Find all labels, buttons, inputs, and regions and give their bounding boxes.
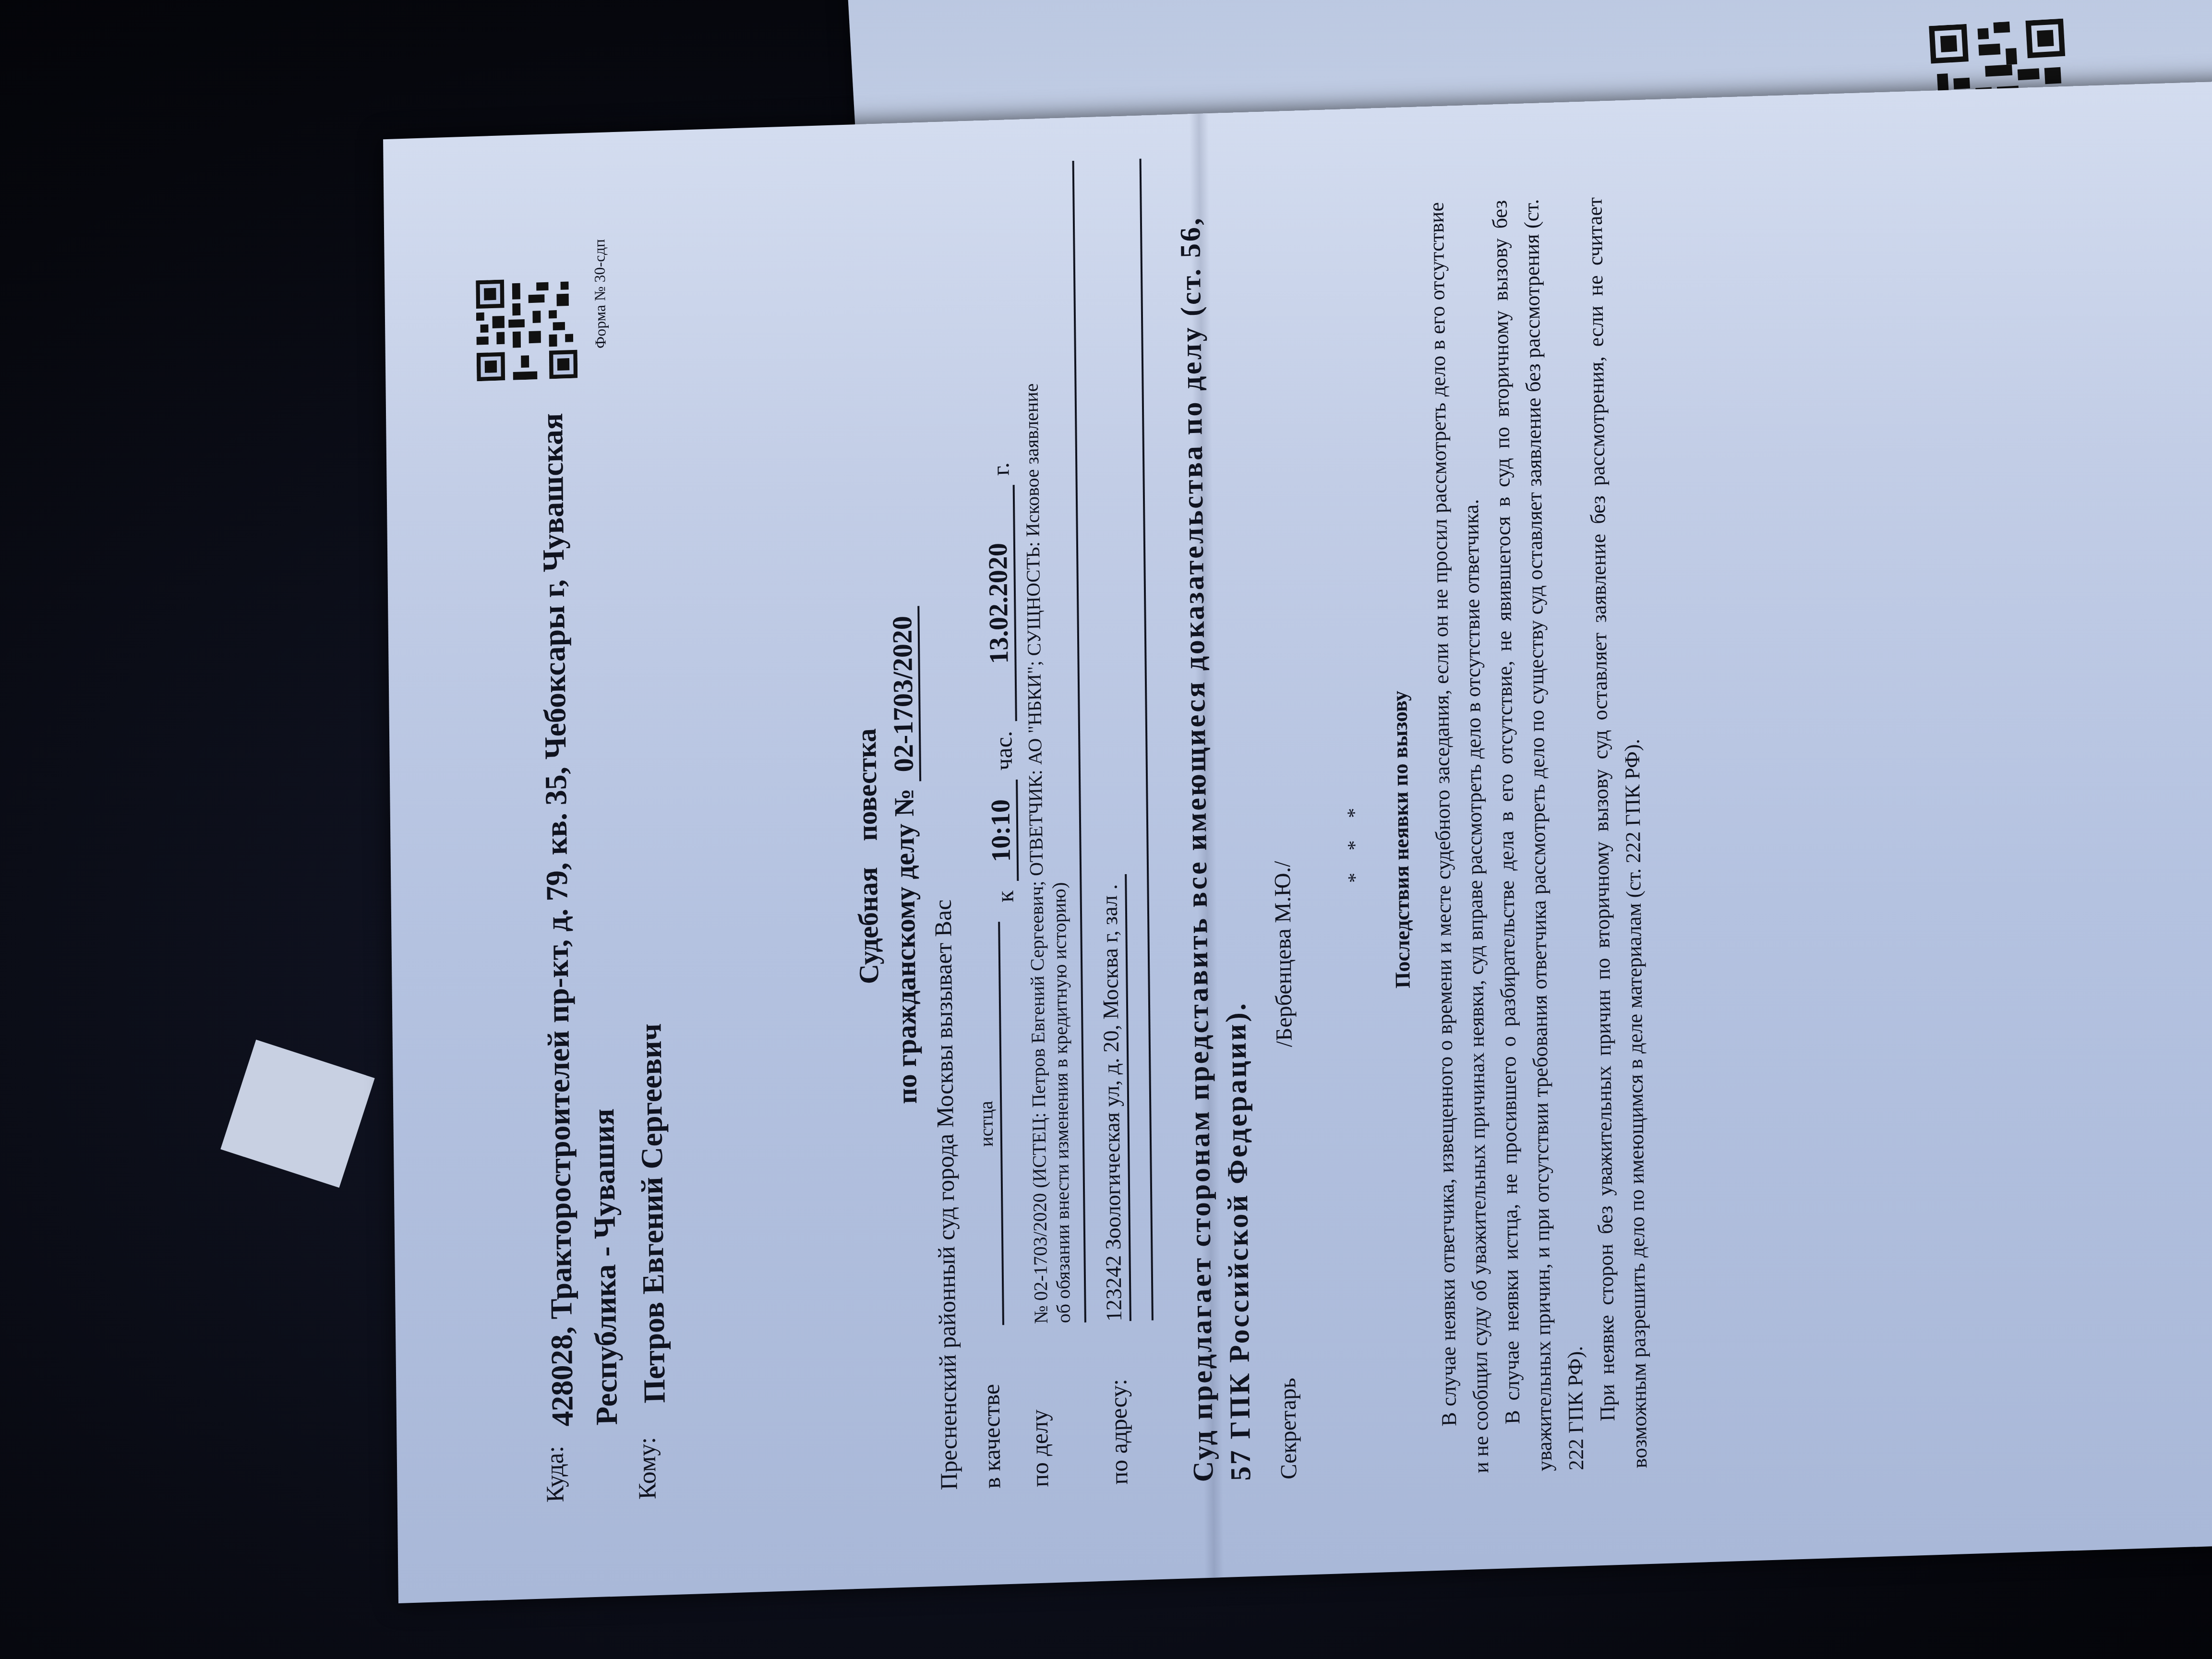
recipient-block: Куда: 428028, Тракторостроителей пр-кт, … bbox=[529, 371, 682, 1503]
case-row: по делу № 02-1703/2020 (ИСТЕЦ: Петров Ев… bbox=[1012, 190, 1076, 1488]
consequences-text: В случае неявки ответчика, извещенного о… bbox=[1421, 196, 1656, 1475]
case-number: 02-1703/2020 bbox=[886, 606, 921, 782]
role-label: в качестве bbox=[976, 1325, 1006, 1489]
role-value: истца bbox=[973, 922, 1004, 1326]
where-label: Куда: bbox=[541, 1424, 630, 1503]
hearing-time: к 10:10 час. 13.02.2020 г. bbox=[982, 462, 1019, 903]
address-label: по адресу: bbox=[1104, 1321, 1133, 1485]
date-value: 13.02.2020 bbox=[982, 485, 1017, 722]
form-number: Форма № 30-сдп bbox=[590, 239, 609, 349]
time-prefix: к bbox=[991, 890, 1019, 903]
secretary-row: Секретарь /Бербенцева М.Ю./ bbox=[1262, 183, 1302, 1480]
court-summons-page: Форма № 30-сдп Куда: 428028, Тракторостр… bbox=[383, 81, 2212, 1603]
time-suffix: час. bbox=[989, 731, 1018, 771]
document-title: Судебная повестка по гражданскому делу №… bbox=[844, 122, 928, 1588]
paper-scrap bbox=[220, 1040, 374, 1188]
case-label: по делу bbox=[1024, 1323, 1054, 1488]
divider-line bbox=[1072, 161, 1086, 1322]
consequence-paragraph: В случае неявки истца, не просившего о р… bbox=[1484, 198, 1593, 1473]
recipient-name: Петров Евгений Сергеевич bbox=[628, 1023, 676, 1404]
secretary-label: Секретарь bbox=[1275, 1378, 1301, 1480]
evidence-notice: Суд предлагает сторонам представить все … bbox=[1171, 184, 1259, 1483]
consequences-title: Последствия неявки по вызову bbox=[1381, 107, 1421, 1572]
date-suffix: г. bbox=[986, 462, 1014, 476]
to-label: Кому: bbox=[633, 1403, 678, 1500]
recipient-address: 428028, Тракторостроителей пр-кт, д. 79,… bbox=[529, 372, 629, 1427]
court-text: Пресненский районный суд города Москвы в… bbox=[929, 899, 963, 1491]
hearing-address: 123242 Зоологическая ул, д. 20, Москва г… bbox=[1096, 874, 1131, 1322]
summons-sheet-wrapper: Форма № 30-сдп Куда: 428028, Тракторостр… bbox=[383, 81, 2212, 1603]
address-row: по адресу: 123242 Зоологическая ул, д. 2… bbox=[1089, 188, 1133, 1485]
title-case-prefix: по гражданскому делу № bbox=[888, 788, 923, 1105]
secretary-name: /Бербенцева М.Ю./ bbox=[1269, 860, 1298, 1047]
time-value: 10:10 bbox=[985, 780, 1019, 882]
separator: * * * bbox=[1336, 108, 1374, 1573]
qr-code-icon bbox=[476, 277, 577, 382]
role-row: в качестве истца bbox=[972, 922, 1006, 1489]
consequence-paragraph: При неявке сторон без уважительных причи… bbox=[1579, 196, 1656, 1470]
divider-line bbox=[1140, 159, 1154, 1321]
